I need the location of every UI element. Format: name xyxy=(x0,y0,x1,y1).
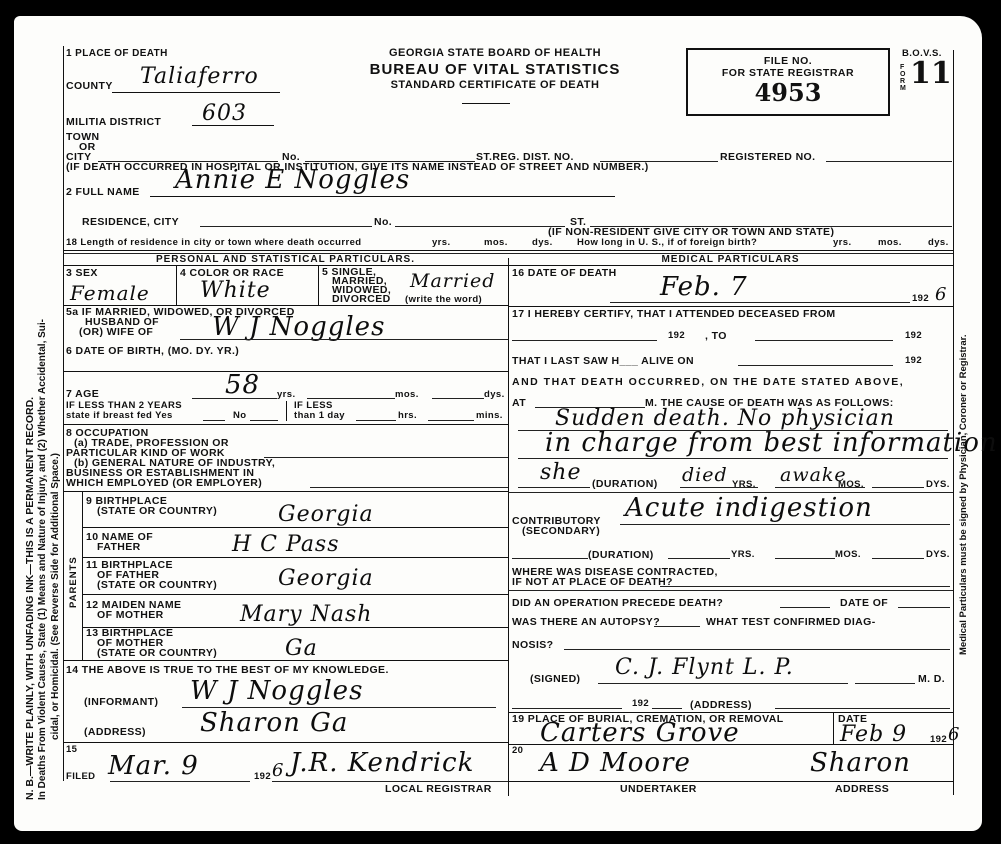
row-rule-age xyxy=(63,424,508,425)
side-note-line1: N. B.—WRITE PLAINLY, WITH UNFADING INK—T… xyxy=(25,40,37,800)
age-dys-line xyxy=(432,398,484,399)
signer-address-label: (ADDRESS) xyxy=(690,700,752,711)
duration2-yrs-label: YRS. xyxy=(731,550,755,560)
militia-district-label: MILITIA DISTRICT xyxy=(66,117,161,128)
contributory-label-2: (SECONDARY) xyxy=(522,526,600,537)
row-rule-burial xyxy=(508,744,953,745)
cause-line-2 xyxy=(518,458,948,459)
burial-date-divider xyxy=(833,712,834,744)
undertaker-address-value[interactable]: Sharon xyxy=(810,752,911,774)
signer-address-line xyxy=(775,708,950,709)
autopsy-line xyxy=(654,626,700,627)
dod-year-suffix[interactable]: 6 xyxy=(935,284,947,306)
nosis-label: NOSIS? xyxy=(512,640,554,651)
cause-value-line2[interactable]: in charge from best information xyxy=(545,432,998,454)
occupation-employer-line xyxy=(310,487,508,488)
dob-label: 6 DATE OF BIRTH, (MO. DY. YR.) xyxy=(66,346,239,357)
row-rule-dod xyxy=(508,306,953,307)
contributory-line xyxy=(620,524,950,525)
duration-yrs-label: YRS. xyxy=(732,480,756,490)
duration2-dys-label: DYS. xyxy=(926,550,950,560)
sign-date-line xyxy=(512,708,622,709)
where-contracted-line xyxy=(660,586,950,587)
registrar-line xyxy=(272,781,508,782)
board-title: GEORGIA STATE BOARD OF HEALTH xyxy=(330,47,660,59)
filed-line xyxy=(110,781,250,782)
last-saw-label: THAT I LAST SAW H___ ALIVE ON xyxy=(512,356,694,367)
father-birthplace-label-3: (STATE OR COUNTRY) xyxy=(97,580,217,591)
side-note-right: Medical Particulars must be signed by Ph… xyxy=(958,335,970,655)
informant-address-value[interactable]: Sharon Ga xyxy=(200,712,348,734)
length-dys: dys. xyxy=(532,238,553,248)
county-label: COUNTY xyxy=(66,81,113,92)
right-border xyxy=(953,50,954,795)
side-note-line3: cidal, or Homicidal. (See Reverse Side f… xyxy=(50,453,62,740)
informant-label: (INFORMANT) xyxy=(84,697,158,708)
age-yrs-label: yrs. xyxy=(277,390,296,400)
spouse-value[interactable]: W J Noggles xyxy=(212,316,385,338)
row-rule-where xyxy=(508,590,953,591)
duration-mos-value[interactable]: awake xyxy=(780,464,847,486)
filed-year-prefix: 192 xyxy=(254,772,271,782)
lt2-label-2: state if breast fed Yes xyxy=(66,411,173,421)
row-rule-undertaker xyxy=(508,781,953,782)
duration2-label: (DURATION) xyxy=(588,550,654,561)
row-rule-birthplace xyxy=(82,527,508,528)
age-dys-label: dys. xyxy=(484,390,505,400)
father-value[interactable]: H C Pass xyxy=(232,534,340,556)
death-occurred-label: AND THAT DEATH OCCURRED, ON THE DATE STA… xyxy=(512,377,904,388)
operation-line xyxy=(780,607,830,608)
occupation-trade-line xyxy=(264,457,508,458)
date-of-death-value[interactable]: Feb. 7 xyxy=(660,276,748,298)
sign-192: 192 xyxy=(632,699,649,709)
length-residence-label: 18 Length of residence in city or town w… xyxy=(66,238,361,248)
birthplace-value[interactable]: Georgia xyxy=(278,504,374,526)
foreign-dys: dys. xyxy=(928,238,949,248)
father-birthplace-value[interactable]: Georgia xyxy=(278,568,374,590)
undertaker-address-label: ADDRESS xyxy=(835,784,889,795)
hrs-line xyxy=(356,420,396,421)
breastfed-yes-line xyxy=(203,420,225,421)
sex-value[interactable]: Female xyxy=(70,282,150,304)
duration2-line xyxy=(512,558,588,559)
section-head-rule xyxy=(63,265,953,266)
file-number-box: FILE NO. FOR STATE REGISTRAR 4953 xyxy=(686,48,890,116)
breastfed-no-line xyxy=(250,420,278,421)
cause-value-line3[interactable]: she xyxy=(540,462,581,484)
date-of-death-label: 16 DATE OF DEATH xyxy=(512,268,617,279)
length-mos: mos. xyxy=(484,238,508,248)
operation-label: DID AN OPERATION PRECEDE DEATH? xyxy=(512,598,723,609)
section-top-rule xyxy=(63,250,953,251)
form-number: 11 xyxy=(910,58,952,90)
age-label: 7 AGE xyxy=(66,389,99,400)
row-rule-dob xyxy=(63,371,508,372)
row-rule-father xyxy=(82,557,508,558)
test-confirmed-label: WHAT TEST CONFIRMED DIAG- xyxy=(706,617,876,628)
breastfed-no-label: No xyxy=(233,411,246,421)
sign-date-line-2 xyxy=(652,708,682,709)
marital-hint: (write the word) xyxy=(405,295,482,305)
nosis-line xyxy=(564,649,950,650)
residence-no-line xyxy=(395,226,565,227)
duration2-mos-label: MOS. xyxy=(835,550,861,560)
residence-label: RESIDENCE, CITY xyxy=(82,217,179,228)
county-line xyxy=(112,92,280,93)
side-note-line2: In Deaths From Violent Causes, State (1)… xyxy=(37,319,49,800)
attended-to-line xyxy=(755,340,893,341)
burial-year-suffix[interactable]: 6 xyxy=(948,724,960,746)
undertaker-label: UNDERTAKER xyxy=(620,784,697,795)
center-divider xyxy=(508,258,509,796)
last-saw-line xyxy=(738,365,893,366)
attended-192b: 192 xyxy=(905,331,922,341)
registrar-value[interactable]: J.R. Kendrick xyxy=(290,752,474,774)
date-of-label: DATE OF xyxy=(840,598,888,609)
spouse-label-3: (OR) WIFE OF xyxy=(79,327,153,338)
md-label: M. D. xyxy=(918,674,945,685)
row-rule-informant xyxy=(63,742,508,743)
marital-value[interactable]: Married xyxy=(410,270,495,292)
foreign-mos: mos. xyxy=(878,238,902,248)
informant-statement: 14 THE ABOVE IS TRUE TO THE BEST OF MY K… xyxy=(66,665,389,676)
hrs-label: hrs. xyxy=(398,411,417,421)
place-of-death-label: 1 PLACE OF DEATH xyxy=(66,48,168,59)
attended-from-line xyxy=(512,340,657,341)
local-registrar-label: LOCAL REGISTRAR xyxy=(385,784,492,795)
filed-label: FILED xyxy=(66,772,95,782)
row-rule-occupation xyxy=(63,491,508,492)
file-no-label: FILE NO. xyxy=(688,55,888,67)
residence-no-label: No. xyxy=(374,217,392,228)
cause-value-line1[interactable]: Sudden death. No physician xyxy=(555,408,895,430)
full-name-value[interactable]: Annie E Noggles xyxy=(175,169,410,191)
certify-label: 17 I HEREBY CERTIFY, THAT I ATTENDED DEC… xyxy=(512,309,836,320)
registered-line xyxy=(826,161,952,162)
duration2-mos-line xyxy=(775,558,835,559)
mother-birthplace-label-3: (STATE OR COUNTRY) xyxy=(97,648,217,659)
cause-duration-line xyxy=(518,487,590,488)
father-label-2: FATHER xyxy=(97,542,141,553)
signed-value[interactable]: C. J. Flynt L. P. xyxy=(615,657,794,679)
filing-number: 15 xyxy=(66,745,77,755)
duration2-dys-line xyxy=(872,558,924,559)
mother-label-2: OF MOTHER xyxy=(97,610,164,621)
spouse-line xyxy=(180,339,508,340)
filed-value[interactable]: Mar. 9 xyxy=(108,755,199,777)
medical-section-title: MEDICAL PARTICULARS xyxy=(508,254,953,265)
full-name-line xyxy=(150,196,615,197)
foreign-birth-label: How long in U. S., if of foreign birth? xyxy=(577,238,757,248)
length-yrs: yrs. xyxy=(432,238,451,248)
marital-label-4: DIVORCED xyxy=(332,294,391,305)
dod-year-prefix: 192 xyxy=(912,294,929,304)
militia-value[interactable]: 603 xyxy=(202,103,247,125)
personal-section-title: PERSONAL AND STATISTICAL PARTICULARS. xyxy=(63,254,508,265)
race-value[interactable]: White xyxy=(200,280,271,302)
signed-label: (SIGNED) xyxy=(530,674,580,685)
last-saw-192: 192 xyxy=(905,356,922,366)
county-value[interactable]: Taliaferro xyxy=(140,66,259,88)
parents-side-label: PARENTS xyxy=(68,556,80,608)
mins-line xyxy=(428,420,474,421)
age-value[interactable]: 58 xyxy=(225,374,260,396)
race-marital-divider xyxy=(318,265,319,305)
where-contracted-label-2: IF NOT AT PLACE OF DEATH? xyxy=(512,577,673,588)
form-label: FORM xyxy=(900,64,908,92)
sex-race-divider xyxy=(176,265,177,305)
burial-place-value[interactable]: Carters Grove xyxy=(540,722,740,744)
duration2-yrs-line xyxy=(668,558,730,559)
mother-birthplace-value[interactable]: Ga xyxy=(285,638,318,660)
signed-line xyxy=(598,683,848,684)
informant-value[interactable]: W J Noggles xyxy=(190,680,363,702)
lt1-label-2: than 1 day xyxy=(294,411,345,421)
undertaker-number: 20 xyxy=(512,746,523,756)
filed-year-suffix[interactable]: 6 xyxy=(272,760,284,782)
burial-date-value[interactable]: Feb 9 xyxy=(840,724,907,746)
parents-divider xyxy=(82,491,83,661)
left-border xyxy=(63,46,64,781)
mins-label: mins. xyxy=(476,411,503,421)
date-of-line xyxy=(898,607,950,608)
residence-line xyxy=(200,226,372,227)
foreign-yrs: yrs. xyxy=(833,238,852,248)
registered-no-label: REGISTERED NO. xyxy=(720,152,815,163)
duration-yrs-value[interactable]: died xyxy=(682,464,728,486)
sex-label: 3 SEX xyxy=(66,268,98,279)
certificate-title: STANDARD CERTIFICATE OF DEATH xyxy=(330,79,660,91)
duration-label: (DURATION) xyxy=(592,479,658,490)
birthplace-label-2: (STATE OR COUNTRY) xyxy=(97,506,217,517)
bureau-title: BUREAU OF VITAL STATISTICS xyxy=(330,61,660,78)
occupation-label-6: WHICH EMPLOYED (OR EMPLOYER) xyxy=(66,478,262,489)
row-rule-father-bp xyxy=(82,594,508,595)
at-label: AT xyxy=(512,398,526,409)
dod-line xyxy=(610,302,910,303)
file-number: 4953 xyxy=(688,79,888,107)
signed-line-2 xyxy=(855,683,915,684)
full-name-label: 2 FULL NAME xyxy=(66,187,140,198)
lt-divider xyxy=(286,401,287,421)
undertaker-value[interactable]: A D Moore xyxy=(540,752,691,774)
autopsy-label: WAS THERE AN AUTOPSY? xyxy=(512,617,660,628)
attended-192a: 192 xyxy=(668,331,685,341)
attended-to-label: , TO xyxy=(705,331,727,342)
row-rule-mother-bp xyxy=(63,660,508,661)
address-label: (ADDRESS) xyxy=(84,727,146,738)
duration-dys-label: DYS. xyxy=(926,480,950,490)
mother-value[interactable]: Mary Nash xyxy=(240,604,372,626)
title-rule xyxy=(462,103,510,104)
duration-mos-label: MOS. xyxy=(838,480,864,490)
contributory-value[interactable]: Acute indigestion xyxy=(625,497,873,519)
age-mos-line xyxy=(307,398,395,399)
duration-dys-line xyxy=(872,487,924,488)
age-mos-label: mos. xyxy=(395,390,419,400)
